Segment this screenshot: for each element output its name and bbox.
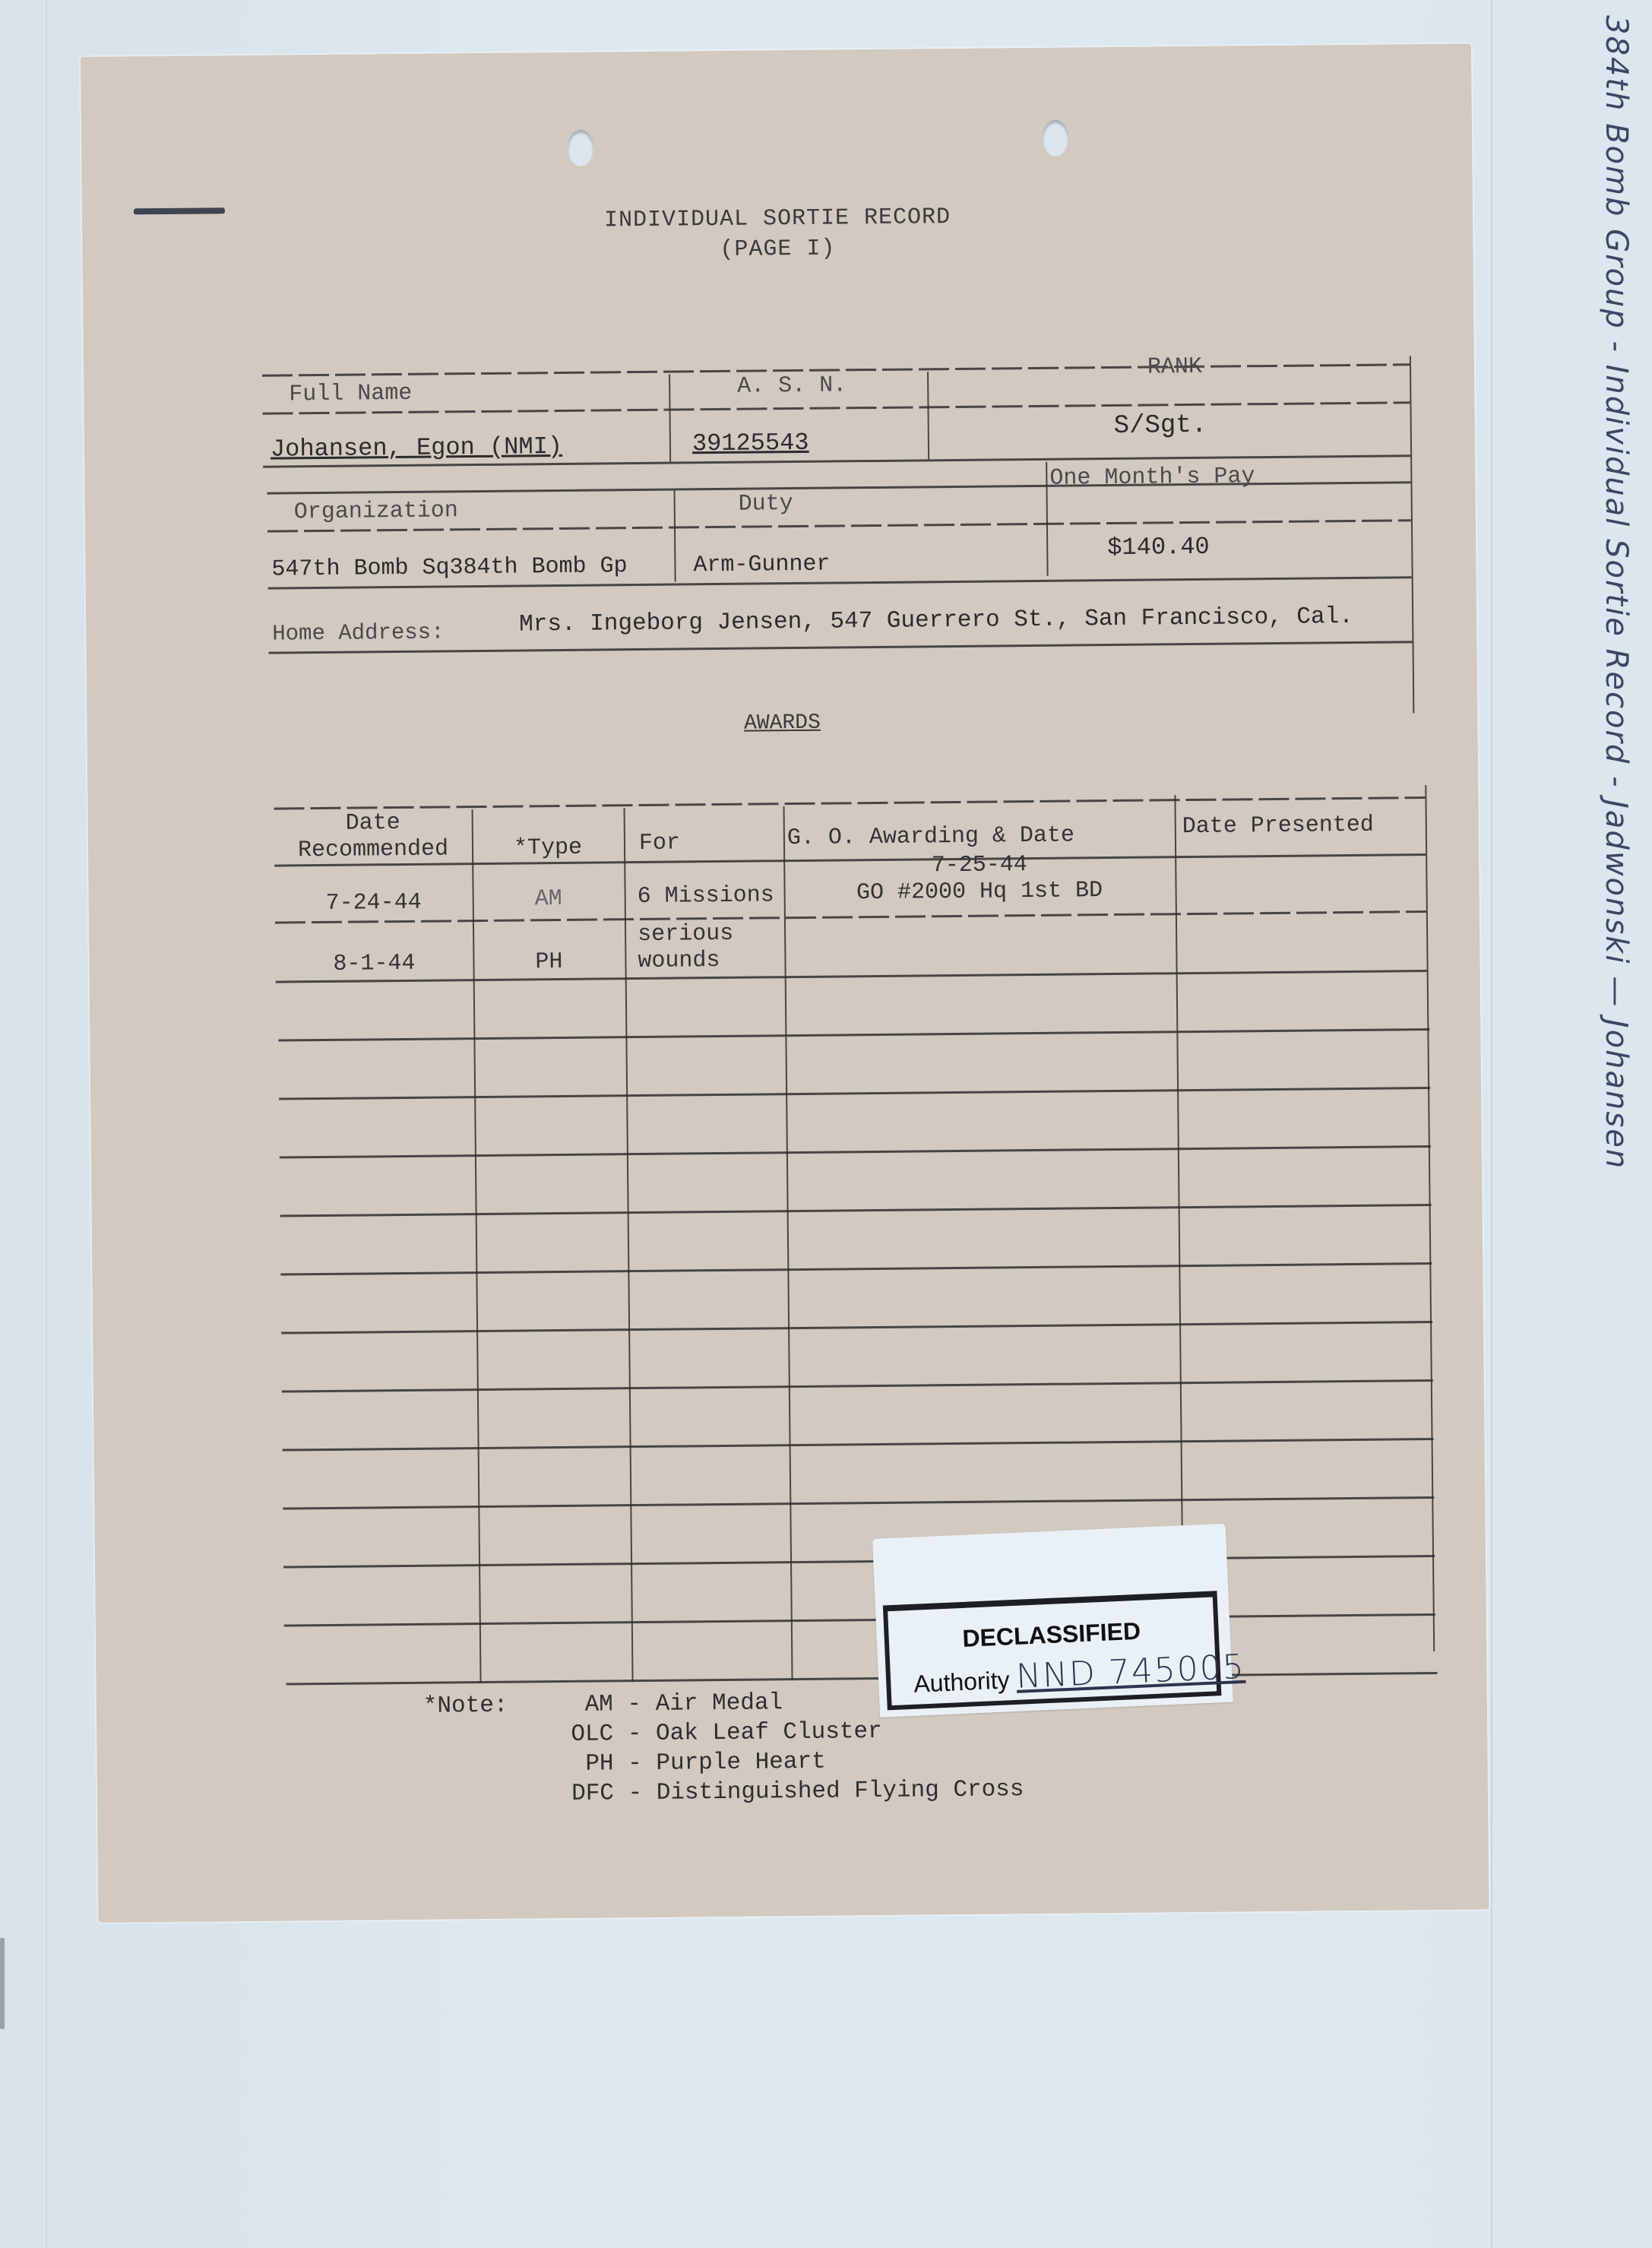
rule [669,375,671,462]
rule [284,1613,1435,1627]
award-row-1-type: AM [473,885,625,913]
sortie-record-page: INDIVIDUAL SORTIE RECORD (PAGE I) Full N… [81,43,1489,1922]
rule [1046,462,1048,576]
award-row-1-date: 7-24-44 [275,889,473,917]
rule [280,1262,1432,1276]
award-row-1-go-order: GO #2000 Hq 1st BD [783,877,1175,907]
rule [279,1087,1430,1100]
col-header-for: For [639,830,680,856]
rule [282,1379,1433,1393]
rule [280,1204,1432,1217]
legend-code: DFC [538,1778,614,1809]
legend-meaning: Air Medal [655,1689,783,1718]
duty-label: Duty [739,491,793,518]
rule [286,1672,1438,1686]
legend-code: OLC [537,1719,613,1749]
legend-meaning: Oak Leaf Cluster [656,1718,882,1747]
rule [281,1321,1432,1335]
award-row-1-for: 6 Missions [637,882,774,910]
punch-hole-icon [1043,120,1068,157]
pay-label: One Month's Pay [1049,464,1255,492]
authority-label: Authority [913,1666,1011,1697]
handwritten-margin-note: 384th Bomb Group - Individual Sortie Rec… [1599,15,1634,1170]
rule [283,1496,1434,1510]
declassified-authority: Authority NND 745005 [913,1648,1246,1701]
home-address-value: Mrs. Ingeborg Jensen, 547 Guerrero St., … [519,603,1353,638]
award-row-2-for-line1: serious [638,921,733,948]
organization-value: 547th Bomb Sq384th Bomb Gp [271,553,627,582]
col-header-type: *Type [472,834,624,862]
rule [624,808,634,1682]
rule [283,1438,1434,1452]
rule [278,1028,1429,1042]
col-header-go: G. O. Awarding & Date [787,822,1074,851]
col-header-date-line2: Recommended [274,836,472,864]
rule [927,372,929,459]
backing-edge-line [1491,0,1492,2248]
rule [1425,785,1435,1651]
legend-code: PH [537,1749,613,1779]
rule [263,401,1410,414]
home-address-label: Home Address: [272,619,445,646]
legend-prefix: *Note: [423,1691,508,1721]
award-row-2-type: PH [473,948,625,976]
awards-heading: AWARDS [87,704,1477,742]
col-header-date-presented: Date Presented [1182,812,1374,841]
full-name-value: Johansen, Egon (NMI) [271,432,562,464]
binder-edge [0,1938,5,2029]
rule [274,796,1425,810]
rule [674,491,676,582]
backing-edge-line [46,0,47,2248]
award-row-2-date: 8-1-44 [275,950,473,978]
duty-value: Arm-Gunner [693,552,830,579]
legend-meaning: Distinguished Flying Cross [657,1776,1024,1806]
rule [472,809,482,1683]
rank-value: S/Sgt. [1114,411,1207,441]
declassified-sticker: DECLASSIFIED Authority NND 745005 [872,1524,1233,1718]
award-row-2-for-line2: wounds [638,948,720,975]
full-name-label: Full Name [289,381,412,408]
legend-code: AM [537,1689,613,1720]
organization-label: Organization [294,498,458,525]
rule [283,1555,1435,1569]
award-row-1-go-date: 7-25-44 [783,850,1175,880]
rule [280,1145,1431,1159]
rule [783,806,793,1680]
declassified-box: DECLASSIFIED Authority NND 745005 [883,1591,1222,1710]
col-header-date-line1: Date [274,809,472,837]
asn-label: A. S. N. [737,372,847,399]
declassified-title: DECLASSIFIED [888,1614,1214,1657]
pay-value: $140.40 [1107,533,1210,562]
legend-meaning: Purple Heart [656,1749,826,1777]
punch-hole-icon [568,130,593,166]
authority-value: NND 745005 [1015,1648,1246,1696]
rule [1410,356,1415,713]
asn-value: 39125543 [692,429,809,458]
rank-label: RANK [1147,354,1202,381]
